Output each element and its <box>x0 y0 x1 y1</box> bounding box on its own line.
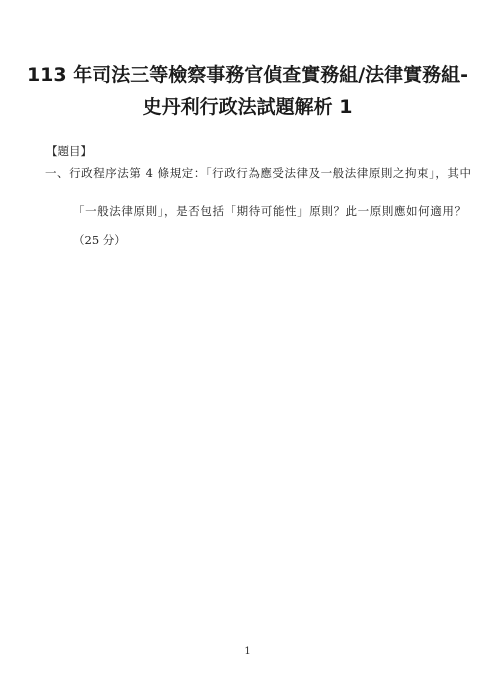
section-label: 【題目】 <box>46 144 92 158</box>
question-text-line-2: 「一般法律原則」，是否包括「期待可能性」原則？此一原則應如何適用？ <box>73 204 467 218</box>
page-number: 1 <box>0 646 495 658</box>
document-title-line-2: 史丹利行政法試題解析 1 <box>0 96 495 118</box>
question-text-line-1: 一、行政程序法第 4 條規定：「行政行為應受法律及一般法律原則之拘束」，其中 <box>45 166 472 180</box>
document-page: 113 年司法三等檢察事務官偵查實務組/法律實務組- 史丹利行政法試題解析 1 … <box>0 0 495 700</box>
document-title-line-1: 113 年司法三等檢察事務官偵查實務組/法律實務組- <box>0 64 495 86</box>
question-points: （25 分） <box>73 233 126 247</box>
